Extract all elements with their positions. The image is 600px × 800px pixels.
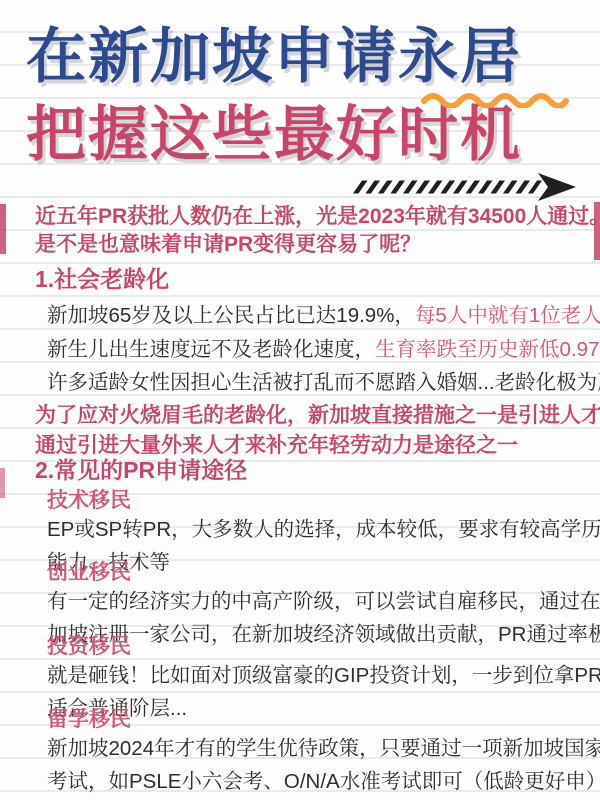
poster-title: 在新加坡申请永居 把握这些最好时机 (26, 26, 586, 166)
pathway-label: 技术移民 (47, 488, 595, 513)
wavy-underline-icon (420, 88, 570, 108)
highlight-text: 每5人中就有1位老人。 (415, 304, 600, 327)
pathway-line: 新加坡2024年才有的学生优待政策，只要通过一项新加坡国家级 (47, 732, 595, 765)
intro-line: 是不是也意味着申请PR变得更容易了呢？ (35, 231, 593, 259)
aging-fact-line: 新生儿出生速度远不及老龄化速度，生育率跌至历史新低0.97， (47, 333, 595, 367)
aging-fact-line: 许多适龄女性因担心生活被打乱而不愿踏入婚姻...老龄化极为严峻 (47, 366, 595, 400)
aging-fact-line: 新加坡65岁及以上公民占比已达19.9%，每5人中就有1位老人。 (47, 299, 595, 333)
edge-accent (0, 468, 5, 498)
intro-paragraph: 近五年PR获批人数仍在上涨，光是2023年就有34500人通过。这 是不是也意味… (35, 203, 593, 259)
fact-text: 新加坡65岁及以上公民占比已达19.9%， (47, 304, 415, 327)
title-line-2: 把握这些最好时机 (26, 104, 586, 166)
pathway-label: 留学移民 (47, 707, 595, 732)
fact-text: 新生儿出生速度远不及老龄化速度， (47, 338, 375, 361)
pathway-line: 就是砸钱！比如面对顶级富豪的GIP投资计划，一步到位拿PR，不 (47, 659, 595, 692)
edge-accent (594, 202, 600, 260)
highlight-text: 生育率跌至历史新低0.97， (375, 338, 600, 361)
pathway-label: 创业移民 (47, 560, 595, 585)
section2-heading: 2.常见的PR申请途径 (35, 457, 247, 483)
pathway-label: 投资移民 (47, 634, 595, 659)
edge-accent (0, 204, 6, 254)
intro-line: 近五年PR获批人数仍在上涨，光是2023年就有34500人通过。这 (35, 203, 593, 231)
poster-page: 在新加坡申请永居 把握这些最好时机 近五年PR获批人数仍在上涨，光是2023年就… (0, 0, 600, 800)
pathway-line: 考试，如PSLE小六会考、O/N/A水准考试即可（低龄更好申） (47, 765, 595, 798)
title-line-1: 在新加坡申请永居 (26, 26, 586, 88)
aging-facts: 新加坡65岁及以上公民占比已达19.9%，每5人中就有1位老人。 新生儿出生速度… (47, 299, 595, 400)
fact-text: 许多适龄女性因担心生活被打乱而不愿踏入婚姻...老龄化极为严峻 (47, 371, 600, 394)
pathway-line: 有一定的经济实力的中高产阶级，可以尝试自雇移民，通过在新 (47, 585, 595, 618)
pathway-item-student: 留学移民 新加坡2024年才有的学生优待政策，只要通过一项新加坡国家级 考试，如… (47, 707, 595, 798)
section1-heading: 1.社会老龄化 (35, 266, 169, 292)
callout-line: 为了应对火烧眉毛的老龄化，新加坡直接措施之一是引进人才。 (35, 401, 593, 431)
callout-paragraph: 为了应对火烧眉毛的老龄化，新加坡直接措施之一是引进人才。 通过引进大量外来人才来… (35, 401, 593, 461)
pathway-line: EP或SP转PR，大多数人的选择，成本较低，要求有较高学历或是 (47, 513, 595, 546)
dashed-arrow-icon (336, 172, 578, 202)
